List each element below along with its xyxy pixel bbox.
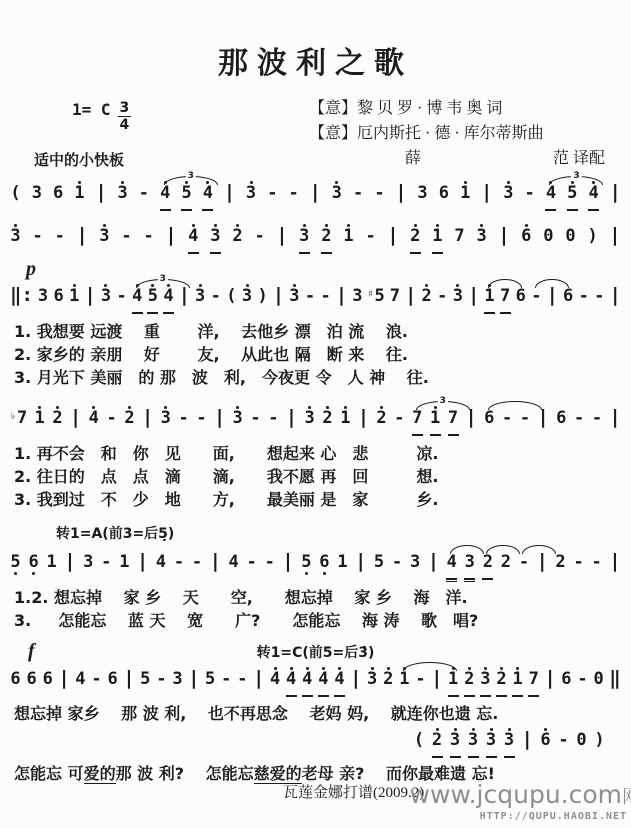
beam-underline bbox=[480, 695, 491, 697]
beam-underline bbox=[484, 312, 495, 314]
sheet-music-page: 那波利之歌 1= C 3 4 【意】黎 贝 罗 · 博 韦 奥 词 【意】厄内斯… bbox=[0, 0, 631, 828]
note-1: 1 bbox=[460, 180, 471, 213]
note-3: 3 bbox=[83, 549, 94, 582]
duration-dash: - bbox=[320, 283, 331, 316]
lyric-segment: 那 波 利? 怎能忘 bbox=[116, 764, 254, 783]
duration-dash: - bbox=[101, 549, 112, 582]
duration-dash: - bbox=[192, 549, 203, 582]
beam-underline bbox=[567, 209, 578, 211]
note-1: 1 bbox=[337, 549, 348, 582]
duration-dash: - bbox=[267, 180, 278, 213]
barline: | bbox=[609, 223, 620, 256]
note-5: 5 bbox=[567, 180, 578, 213]
beam-underline bbox=[321, 252, 332, 254]
note-4: 4 bbox=[88, 405, 99, 438]
beam-underline bbox=[160, 209, 171, 211]
time-signature: 3 4 bbox=[118, 100, 132, 133]
barline: | bbox=[282, 549, 293, 582]
barline: | bbox=[76, 223, 87, 256]
song-title: 那波利之歌 bbox=[0, 38, 631, 82]
lyrics-verse1-stanza1: 1. 我想要 远渡 重 洋, 去他乡 漂 泊 流 浪. bbox=[0, 320, 631, 343]
note-3: 3 bbox=[38, 283, 49, 316]
beam-underline bbox=[286, 695, 297, 697]
note-2: 2 bbox=[376, 405, 387, 438]
note-1: 1 bbox=[69, 283, 80, 316]
note-2: 2 bbox=[232, 223, 243, 256]
note-2: 2 bbox=[500, 549, 511, 582]
beam-underline bbox=[132, 312, 143, 314]
duration-dash: - bbox=[531, 283, 542, 316]
beam-underline bbox=[318, 695, 329, 697]
lyric-segment: 3. 我到过 不 少 地 方, 最美丽 是 家 乡. bbox=[14, 490, 439, 509]
flat-accidental: ♭ bbox=[10, 412, 16, 422]
duration-dash: - bbox=[32, 223, 43, 256]
note-3: 3 bbox=[100, 283, 111, 316]
lyrics-verse2-stanza2: 2. 往日的 点 点 滴 滴, 我不愿 再 回 想. bbox=[0, 465, 631, 488]
barline: | bbox=[522, 727, 533, 760]
music-line-intro-1: (361|3-3454|3--|3--|361|3-3454| bbox=[0, 170, 631, 213]
barline: | bbox=[537, 549, 548, 582]
barline: | bbox=[387, 223, 398, 256]
note-3: 3 bbox=[480, 666, 491, 699]
barline: | bbox=[214, 405, 225, 438]
duration-dash: - bbox=[394, 405, 405, 438]
barline: | bbox=[179, 283, 190, 316]
duration-dash: - bbox=[392, 549, 403, 582]
sharp-accidental: ♯ bbox=[367, 290, 373, 300]
lyrics-bridge-stanza12: 1.2. 想忘掉 家 乡 天 空, 想忘掉 家 乡 海 洋. bbox=[0, 586, 631, 609]
barline: | bbox=[350, 666, 361, 699]
note-1: 1 bbox=[74, 180, 85, 213]
note-6: 6 bbox=[515, 283, 526, 316]
duration-dash: - bbox=[106, 405, 117, 438]
music-line-intro-2: 3--|3--|432-|321-|2173|600)| bbox=[0, 213, 631, 256]
note-4: 4 bbox=[270, 666, 281, 699]
note-3: 3 bbox=[503, 180, 514, 213]
duration-dash: - bbox=[143, 223, 154, 256]
note-5: 5 bbox=[205, 666, 216, 699]
note-6: 6 bbox=[42, 666, 53, 699]
watermark-clipped-glyph: 网 bbox=[622, 783, 631, 809]
barline: | bbox=[123, 666, 134, 699]
barline: | bbox=[481, 180, 492, 213]
beam-underline bbox=[334, 695, 345, 697]
note-4: 4 bbox=[588, 180, 599, 213]
beam-underline bbox=[432, 252, 443, 254]
beam-underline bbox=[504, 756, 515, 758]
barline: | bbox=[609, 549, 620, 582]
note-4: 4 bbox=[155, 549, 166, 582]
beam-underline bbox=[412, 434, 423, 436]
note-3: 3 bbox=[410, 549, 421, 582]
note-3: 3 bbox=[331, 180, 342, 213]
barline: | bbox=[465, 405, 476, 438]
beam-underline bbox=[181, 209, 192, 211]
duration-dash: - bbox=[520, 405, 531, 438]
lyric-segment: 1.2. 想忘掉 家 乡 天 空, 想忘掉 家 乡 海 洋. bbox=[14, 588, 468, 607]
note-5: 5 bbox=[140, 666, 151, 699]
note-3: 3 bbox=[464, 549, 475, 582]
beam-underline bbox=[588, 209, 599, 211]
note-4: 4 bbox=[446, 549, 457, 582]
barline: | bbox=[355, 549, 366, 582]
note-6: 6 bbox=[563, 283, 574, 316]
note-7: 7 bbox=[448, 405, 459, 438]
barline: | bbox=[609, 283, 620, 316]
lyrics-finale-line1: 想忘掉 家乡 那 波 利, 也不再思念 老妈 妈, 就连你也遗 忘. bbox=[0, 702, 631, 725]
beam-underline bbox=[545, 209, 556, 211]
duration-dash: - bbox=[54, 223, 65, 256]
beam-underline bbox=[486, 756, 497, 758]
note-2: 2 bbox=[421, 283, 432, 316]
duration-dash: - bbox=[288, 180, 299, 213]
beam-underline bbox=[450, 756, 461, 758]
lyric-segment: 怎能忘 可 bbox=[14, 764, 84, 783]
beam-underline bbox=[482, 578, 493, 580]
note-1: 1 bbox=[432, 223, 443, 256]
composer-credit: 【意】厄内斯托 · 德 · 库尔蒂斯曲 bbox=[309, 121, 605, 146]
octave-dot-below bbox=[14, 572, 17, 575]
duration-dash: - bbox=[578, 283, 589, 316]
duration-dash: - bbox=[121, 223, 132, 256]
note-sharp-5: ♯5 bbox=[367, 283, 384, 316]
barline: | bbox=[544, 666, 555, 699]
barline: | bbox=[165, 223, 176, 256]
beam-underline bbox=[430, 434, 441, 436]
duration-dash: - bbox=[573, 549, 584, 582]
note-1: 1 bbox=[448, 666, 459, 699]
duration-dash: - bbox=[196, 405, 207, 438]
key-change-to-a: 转1=A(前3=后5̣) bbox=[56, 523, 631, 543]
note-3: 3 bbox=[160, 405, 171, 438]
note-4: 4 bbox=[228, 549, 239, 582]
note-1: 1 bbox=[34, 405, 45, 438]
beam-underline bbox=[496, 695, 507, 697]
octave-dot-below bbox=[32, 572, 35, 575]
note-6: 6 bbox=[53, 180, 64, 213]
note-3: 3 bbox=[117, 180, 128, 213]
note-1: 1 bbox=[484, 283, 495, 316]
note-7: 7 bbox=[528, 666, 539, 699]
barline: | bbox=[537, 405, 548, 438]
lyric-segment: 2. 往日的 点 点 滴 滴, 我不愿 再 回 想. bbox=[14, 467, 439, 486]
note-5: 5 bbox=[301, 549, 312, 582]
parenthesis: ) bbox=[587, 223, 598, 256]
barline: | bbox=[609, 180, 620, 213]
dynamic-keychange-row: f 转1=C(前5=后3̇) bbox=[0, 640, 631, 662]
beam-underline bbox=[432, 756, 443, 758]
beam-underline bbox=[410, 252, 421, 254]
duration-dash: - bbox=[250, 405, 261, 438]
barline: | bbox=[286, 405, 297, 438]
duration-dash: - bbox=[437, 283, 448, 316]
note-5: 5 bbox=[147, 283, 158, 316]
music-line-coda: (23333|6-0) bbox=[0, 725, 631, 760]
parenthesis: ) bbox=[594, 727, 605, 760]
note-4: 4 bbox=[202, 180, 213, 213]
rest-note: 0 bbox=[576, 727, 587, 760]
note-3: 3 bbox=[476, 223, 487, 256]
note-1: 1 bbox=[46, 549, 57, 582]
beam-underline bbox=[188, 252, 199, 254]
duration-dash: - bbox=[574, 405, 585, 438]
note-6: 6 bbox=[26, 666, 37, 699]
duration-dash: - bbox=[594, 283, 605, 316]
beam-underline bbox=[512, 695, 523, 697]
note-3: 3 bbox=[99, 223, 110, 256]
note-4: 4 bbox=[188, 223, 199, 256]
lyric-segment: 3. 怎能忘 蓝 天 宽 广? 怎能忘 海 涛 歌 唱? bbox=[14, 611, 478, 630]
repeat-start-barline: ‖: bbox=[10, 283, 33, 316]
barline: | bbox=[253, 666, 264, 699]
note-6: 6 bbox=[107, 666, 118, 699]
note-3: 3 bbox=[504, 727, 515, 760]
note-2: 2 bbox=[410, 223, 421, 256]
note-1: 1 bbox=[343, 223, 354, 256]
barline: | bbox=[468, 283, 479, 316]
lyrics-verse1-stanza2: 2. 家乡的 亲朋 好 友, 从此也 隔 断 来 往. bbox=[0, 343, 631, 366]
beam-underline bbox=[448, 434, 459, 436]
lyrics-bridge-stanza3: 3. 怎能忘 蓝 天 宽 广? 怎能忘 海 涛 歌 唱? bbox=[0, 609, 631, 632]
credits-block: 【意】黎 贝 罗 · 博 韦 奥 词 【意】厄内斯托 · 德 · 库尔蒂斯曲 薛… bbox=[309, 96, 605, 171]
note-3: 3 bbox=[289, 283, 300, 316]
duration-dash: - bbox=[254, 223, 265, 256]
duration-dash: - bbox=[374, 180, 385, 213]
note-3: 3 bbox=[417, 180, 428, 213]
final-barline: ‖ bbox=[609, 666, 620, 699]
note-2: 2 bbox=[496, 666, 507, 699]
note-3: 3 bbox=[299, 223, 310, 256]
note-3: 3 bbox=[452, 283, 463, 316]
rest-note: 0 bbox=[543, 223, 554, 256]
duration-dash: - bbox=[237, 666, 248, 699]
note-6: 6 bbox=[484, 405, 495, 438]
duration-dash: - bbox=[210, 283, 221, 316]
barline: | bbox=[224, 180, 235, 213]
note-1: 1 bbox=[119, 549, 130, 582]
translator-name-left: 薛 bbox=[405, 146, 421, 171]
dynamic-forte: f bbox=[28, 640, 35, 663]
barline: | bbox=[95, 180, 106, 213]
duration-dash: - bbox=[353, 180, 364, 213]
watermark-url: HTTP://QUPU.HAOBI.NET bbox=[410, 811, 631, 822]
key-signature: 1= C bbox=[72, 100, 111, 119]
duration-dash: - bbox=[518, 549, 529, 582]
parenthesis: ( bbox=[10, 180, 21, 213]
note-4: 34 bbox=[545, 180, 556, 213]
barline: | bbox=[276, 223, 287, 256]
note-4: 4 bbox=[163, 283, 174, 316]
note-4: 4 bbox=[318, 666, 329, 699]
note-4: 34 bbox=[132, 283, 143, 316]
duration-dash: - bbox=[246, 549, 257, 582]
lyric-segment: 1. 我想要 远渡 重 洋, 去他乡 漂 泊 流 浪. bbox=[14, 322, 408, 341]
beam-underline bbox=[202, 209, 213, 211]
barline: | bbox=[547, 283, 558, 316]
note-7: 7 bbox=[454, 223, 465, 256]
duration-dash: - bbox=[502, 405, 513, 438]
note-1: 1 bbox=[430, 405, 441, 438]
barline: | bbox=[498, 223, 509, 256]
note-5: 5 bbox=[10, 549, 21, 582]
note-2: 2 bbox=[52, 405, 63, 438]
barline: | bbox=[58, 666, 69, 699]
note-3: 3 bbox=[246, 180, 257, 213]
note-3: 3 bbox=[367, 666, 378, 699]
duration-dash: - bbox=[415, 666, 426, 699]
barline: | bbox=[210, 549, 221, 582]
note-4: 4 bbox=[286, 666, 297, 699]
note-3: 3 bbox=[304, 405, 315, 438]
beam-underline bbox=[464, 695, 475, 697]
rest-note: 0 bbox=[593, 666, 604, 699]
note-6: 6 bbox=[28, 549, 39, 582]
note-3: 3 bbox=[195, 283, 206, 316]
music-line-finale: 666|4-6|5-3|5--|44444|321-|123217|6-0‖ bbox=[0, 662, 631, 699]
note-2: 2 bbox=[124, 405, 135, 438]
parenthesis: ( bbox=[226, 283, 237, 316]
barline: | bbox=[64, 549, 75, 582]
beam-underline bbox=[446, 581, 457, 583]
note-6: 6 bbox=[521, 223, 532, 256]
rest-note: 0 bbox=[565, 223, 576, 256]
lyric-segment: 3. 月光下 美丽 的 那 波 利, 今夜更 令 人 神 往. bbox=[14, 368, 429, 387]
note-3: 3 bbox=[450, 727, 461, 760]
duration-dash: - bbox=[268, 405, 279, 438]
slur-arc: 3 bbox=[416, 401, 470, 410]
duration-dash: - bbox=[558, 727, 569, 760]
note-3: 3 bbox=[232, 405, 243, 438]
beam-underline bbox=[210, 252, 221, 254]
barline: | bbox=[358, 405, 369, 438]
duration-dash: - bbox=[91, 666, 102, 699]
note-3: 3 bbox=[10, 223, 21, 256]
barline: | bbox=[428, 549, 439, 582]
note-4: 34 bbox=[160, 180, 171, 213]
note-7: 37 bbox=[412, 405, 423, 438]
duration-dash: - bbox=[221, 666, 232, 699]
lyrics-verse2-stanza1: 1. 再不会 和 你 见 面, 想起来 心 悲 凉. bbox=[0, 442, 631, 465]
transcriber-credit: 瓦莲金娜打谱(2009.2) bbox=[283, 781, 424, 802]
note-6: 6 bbox=[53, 283, 64, 316]
duration-dash: - bbox=[264, 549, 275, 582]
barline: | bbox=[405, 283, 416, 316]
duration-dash: - bbox=[577, 666, 588, 699]
music-line-bridge: 561|3-1|4--|4--|561|5-3|4322-|2--| bbox=[0, 543, 631, 582]
beam-underline bbox=[446, 578, 457, 580]
time-numerator: 3 bbox=[118, 100, 132, 117]
duration-dash: - bbox=[365, 223, 376, 256]
duration-dash: - bbox=[138, 180, 149, 213]
duration-dash: - bbox=[305, 283, 316, 316]
beam-underline bbox=[302, 695, 313, 697]
lyrics-verse2-stanza3: 3. 我到过 不 少 地 方, 最美丽 是 家 乡. bbox=[0, 488, 631, 511]
duration-dash: - bbox=[524, 180, 535, 213]
barline: | bbox=[70, 405, 81, 438]
beam-underline bbox=[468, 756, 479, 758]
note-3: 3 bbox=[486, 727, 497, 760]
music-line-verse-2: ♭712|4-2|3--|3--|321|2-3717|6--|6--| bbox=[0, 389, 631, 438]
note-1: 1 bbox=[340, 405, 351, 438]
barline: | bbox=[137, 549, 148, 582]
note-1: 1 bbox=[512, 666, 523, 699]
barline: | bbox=[188, 666, 199, 699]
duration-dash: - bbox=[116, 283, 127, 316]
parenthesis: ) bbox=[257, 283, 268, 316]
octave-dot-below bbox=[305, 572, 308, 575]
note-6: 6 bbox=[561, 666, 572, 699]
note-2: 2 bbox=[464, 666, 475, 699]
note-6: 6 bbox=[319, 549, 330, 582]
note-3: 3 bbox=[31, 180, 42, 213]
lyric-segment: 1. 再不会 和 你 见 面, 想起来 心 悲 凉. bbox=[14, 444, 439, 463]
watermark-site: www.jcqupu.com网 bbox=[410, 780, 631, 809]
beam-underline bbox=[163, 312, 174, 314]
note-1: 1 bbox=[399, 666, 410, 699]
note-5: 5 bbox=[374, 549, 385, 582]
barline: | bbox=[395, 180, 406, 213]
note-7: 7 bbox=[389, 283, 400, 316]
duration-dash: - bbox=[156, 666, 167, 699]
note-4: 4 bbox=[334, 666, 345, 699]
note-3: 3 bbox=[352, 283, 363, 316]
barline: | bbox=[84, 283, 95, 316]
note-2: 2 bbox=[322, 405, 333, 438]
lyrics-verse1-stanza3: 3. 月光下 美丽 的 那 波 利, 今夜更 令 人 神 往. bbox=[0, 366, 631, 389]
beam-underline bbox=[448, 695, 459, 697]
note-6: 6 bbox=[556, 405, 567, 438]
note-3: 3 bbox=[172, 666, 183, 699]
duration-dash: - bbox=[591, 405, 602, 438]
note-5: 5 bbox=[181, 180, 192, 213]
lyric-segment: 想忘掉 家乡 那 波 利, 也不再思念 老妈 妈, 就连你也遗 忘. bbox=[14, 704, 498, 723]
note-6: 6 bbox=[540, 727, 551, 760]
barline: | bbox=[142, 405, 153, 438]
note-3: 3 bbox=[242, 283, 253, 316]
barline: | bbox=[273, 283, 284, 316]
translator-credit: 薛 范 译配 bbox=[309, 146, 605, 171]
duration-dash: - bbox=[591, 549, 602, 582]
dynamic-piano: p bbox=[26, 258, 631, 281]
note-2: 2 bbox=[482, 549, 493, 582]
note-3: 3 bbox=[468, 727, 479, 760]
barline: | bbox=[609, 405, 620, 438]
note-6: 6 bbox=[438, 180, 449, 213]
note-4: 4 bbox=[75, 666, 86, 699]
beam-underline bbox=[464, 581, 475, 583]
duration-dash: - bbox=[178, 405, 189, 438]
note-3: 3 bbox=[210, 223, 221, 256]
note-2: 2 bbox=[383, 666, 394, 699]
note-flat-7: ♭7 bbox=[10, 405, 27, 438]
lyric-segment-underlined: 爱的 bbox=[84, 764, 116, 784]
beam-underline bbox=[528, 695, 539, 697]
note-6: 6 bbox=[10, 666, 21, 699]
time-denominator: 4 bbox=[120, 117, 130, 133]
beam-underline bbox=[464, 578, 475, 580]
note-7: 7 bbox=[500, 283, 511, 316]
beam-underline bbox=[500, 312, 511, 314]
barline: | bbox=[310, 180, 321, 213]
note-2: 2 bbox=[432, 727, 443, 760]
lyricist-credit: 【意】黎 贝 罗 · 博 韦 奥 词 bbox=[309, 96, 605, 121]
lyric-segment: 2. 家乡的 亲朋 好 友, 从此也 隔 断 来 往. bbox=[14, 345, 408, 364]
barline: | bbox=[336, 283, 347, 316]
slur-arc bbox=[488, 401, 542, 410]
watermark-block: www.jcqupu.com网 HTTP://QUPU.HAOBI.NET bbox=[410, 780, 631, 822]
octave-dot-below bbox=[323, 572, 326, 575]
beam-underline bbox=[147, 312, 158, 314]
